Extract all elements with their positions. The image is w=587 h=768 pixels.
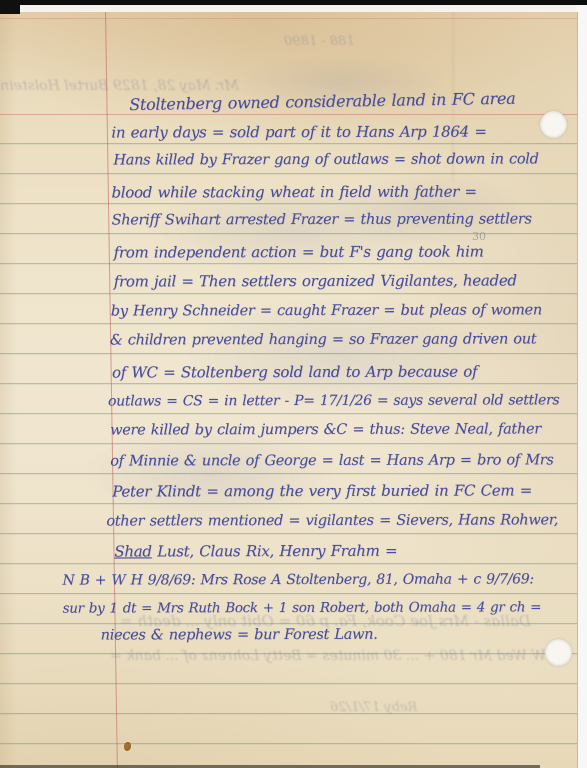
handwriting-line: Peter Klindt = among the very first buri… — [112, 481, 532, 500]
handwriting-line: in early days = sold part of it to Hans … — [111, 122, 486, 141]
punch-hole-bottom — [545, 639, 572, 666]
handwriting-layer: Stoltenberg owned considerable land in F… — [0, 12, 578, 768]
scan-edge-top — [0, 0, 587, 5]
scanned-page: 188 - 1890Mr. May 28, 1829 Burtel Holste… — [0, 0, 587, 768]
handwriting-line: & children prevented hanging = so Frazer… — [110, 331, 536, 348]
handwriting-line: by Henry Schneider = caught Frazer = but… — [111, 302, 542, 319]
handwriting-line: were killed by claim jumpers &C = thus: … — [110, 421, 541, 438]
handwriting-line: sur by 1 dt = Mrs Ruth Bock + 1 son Robe… — [63, 599, 542, 616]
handwriting-line: from jail = Then settlers organized Vigi… — [114, 271, 517, 290]
handwriting-line: N B + W H 9/8/69: Mrs Rose A Stoltenberg… — [62, 571, 533, 588]
handwriting-line: other settlers mentioned = vigilantes = … — [106, 512, 558, 529]
underlined-word: Shad — [114, 542, 151, 560]
handwriting-line: Stoltenberg owned considerable land in F… — [129, 89, 515, 114]
handwriting-line: Hans killed by Frazer gang of outlaws = … — [113, 151, 538, 168]
handwriting-line: blood while stacking wheat in field with… — [111, 183, 476, 202]
handwriting-line: of WC = Stoltenberg sold land to Arp bec… — [112, 363, 477, 382]
handwriting-line: from independent action = but F's gang t… — [114, 242, 484, 261]
handwriting-line: outlaws = CS = in letter - P= 17/1/26 = … — [108, 392, 559, 409]
handwriting-line: nieces & nephews = bur Forest Lawn. — [101, 627, 378, 644]
punch-hole-top — [540, 111, 567, 138]
handwriting-line: Sheriff Swihart arrested Frazer = thus p… — [112, 211, 532, 228]
paper-sheet: 188 - 1890Mr. May 28, 1829 Burtel Holste… — [0, 12, 578, 768]
handwriting-line: of Minnie & uncle of George = last = Han… — [110, 452, 553, 469]
scan-edge-corner — [0, 0, 20, 14]
handwriting-line: Shad Lust, Claus Rix, Henry Frahm = — [114, 542, 397, 561]
